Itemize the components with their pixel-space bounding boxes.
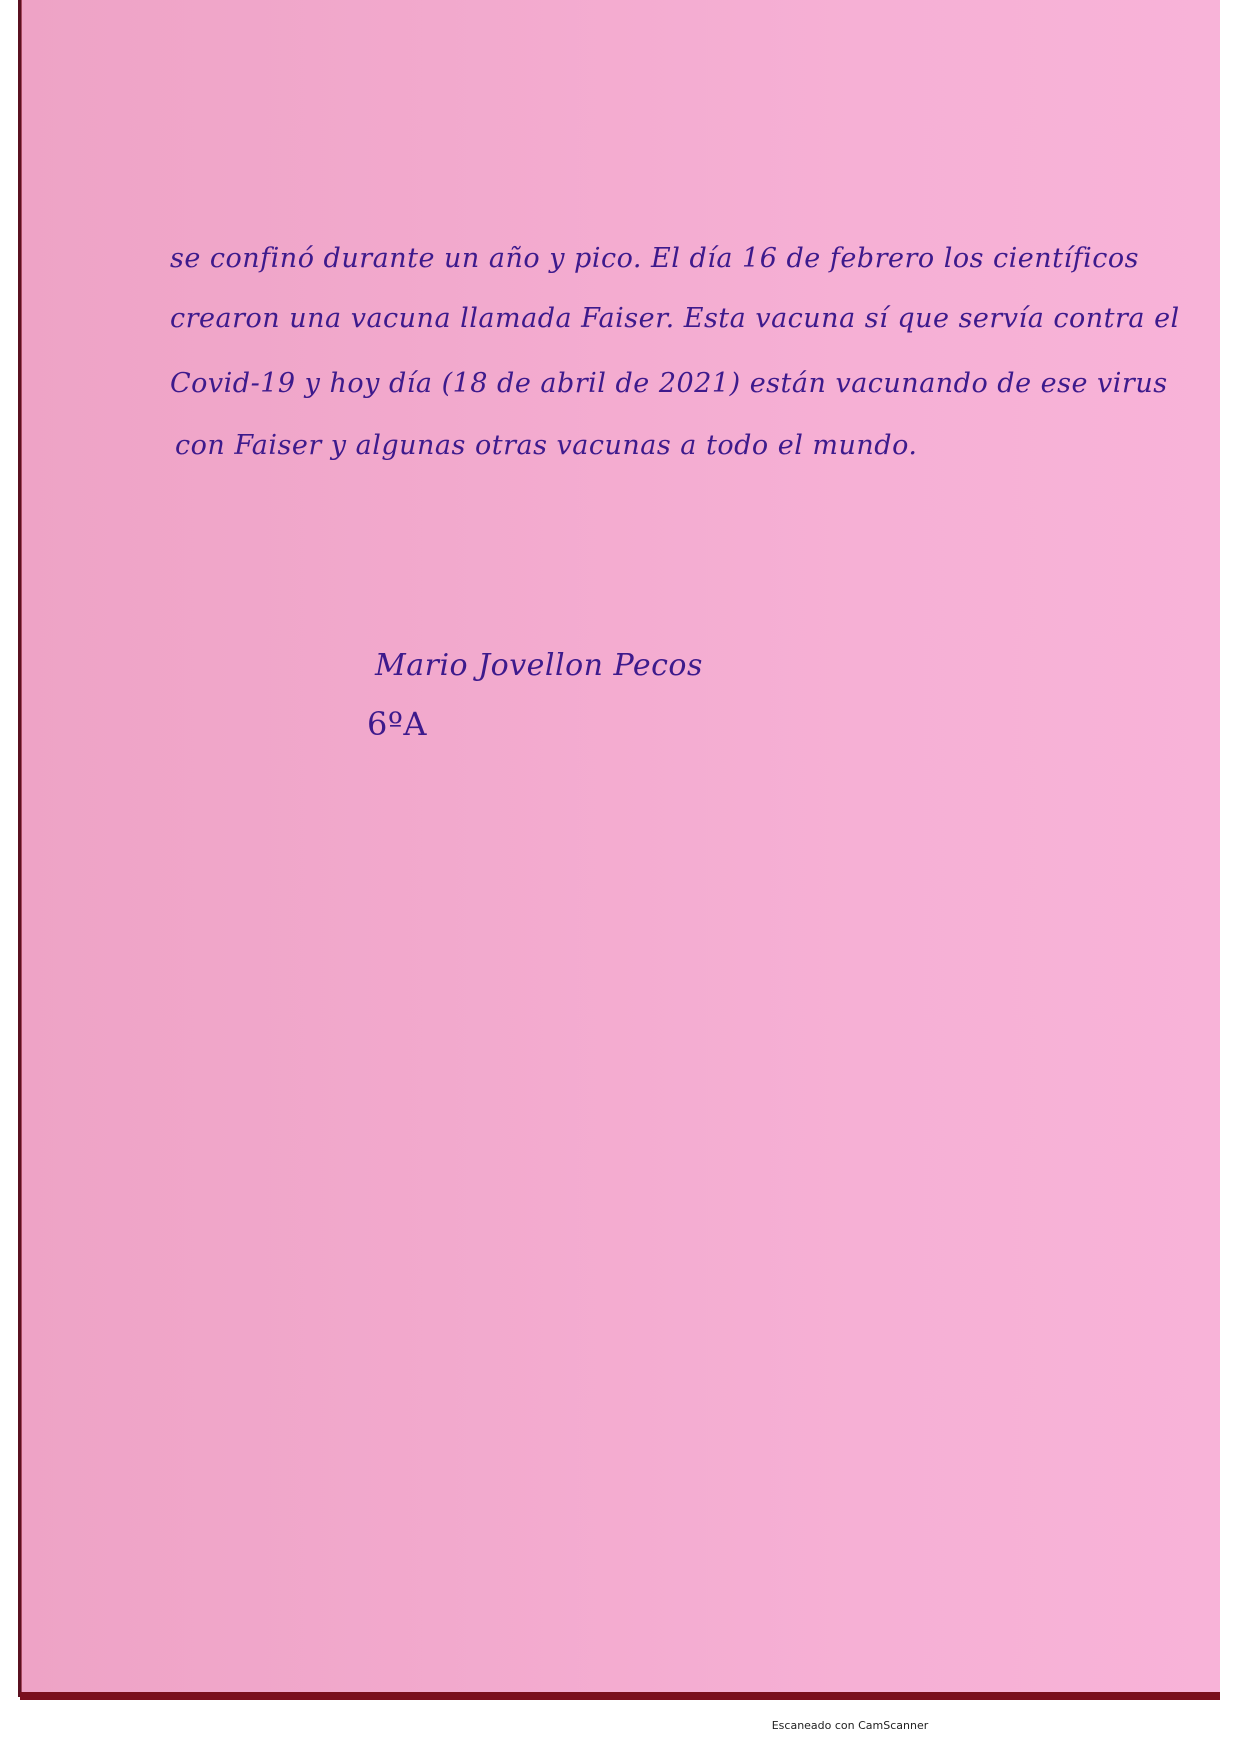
camscanner-watermark: Escaneado con CamScanner (700, 1719, 1000, 1732)
handwritten-line-4: con Faiser y algunas otras vacunas a tod… (175, 430, 917, 461)
handwritten-line-2: crearon una vacuna llamada Faiser. Esta … (170, 303, 1180, 334)
handwritten-line-1: se confinó durante un año y pico. El día… (170, 243, 1139, 274)
paper-left-shadow (18, 0, 21, 1697)
handwritten-line-3: Covid-19 y hoy día (18 de abril de 2021)… (170, 368, 1168, 399)
author-grade: 6ºA (367, 705, 427, 743)
author-signature: Mario Jovellon Pecos (375, 648, 703, 683)
paper-bottom-edge (20, 1692, 1220, 1700)
